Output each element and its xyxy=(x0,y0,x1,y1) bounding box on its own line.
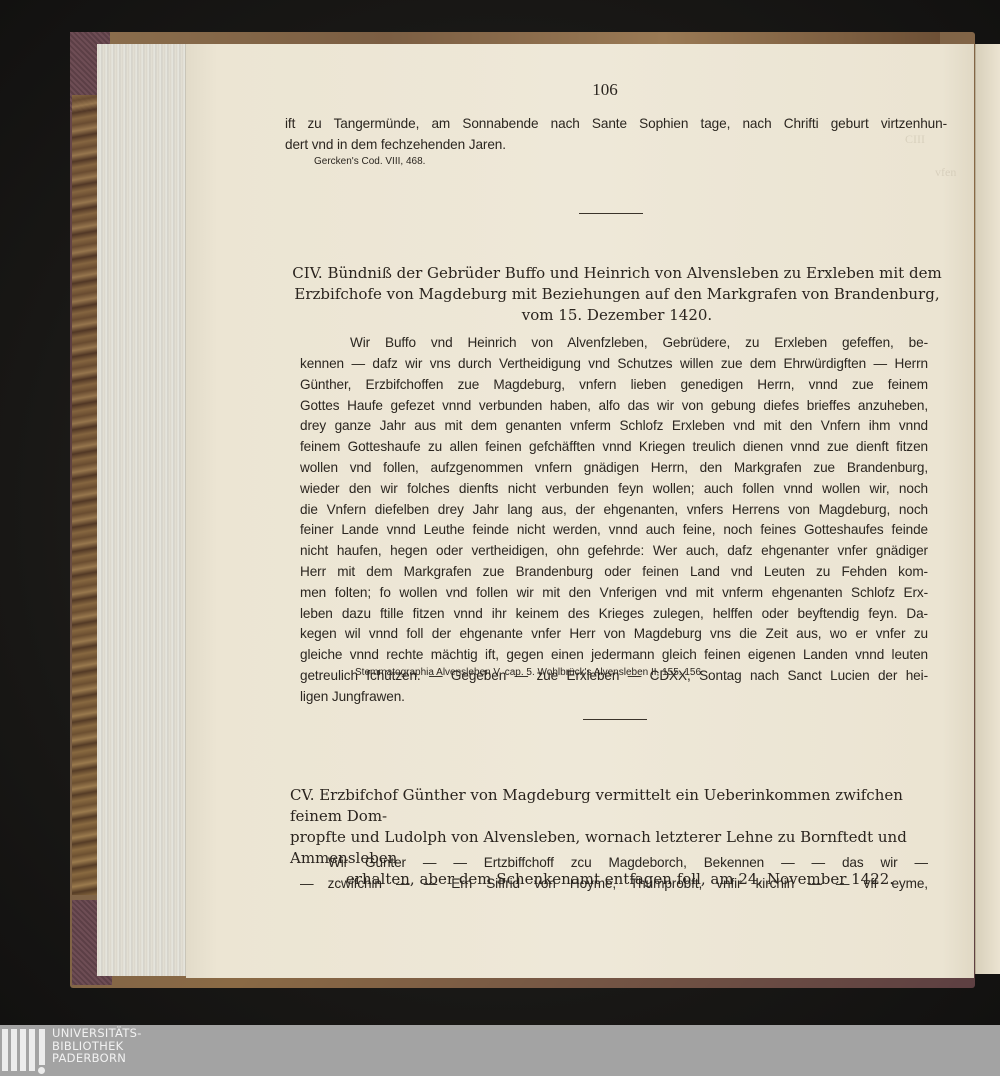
document-body-civ: kennen — dafz wir vns durch Vertheidigun… xyxy=(300,354,928,708)
text-line: dert vnd in dem fechzehenden Jaren. xyxy=(285,135,947,156)
document-heading-civ: CIV. Bündniß der Gebrüder Buffo und Hein… xyxy=(286,263,948,326)
page-edges xyxy=(97,44,186,976)
text-line: wieder den wir folches dienfts nicht ver… xyxy=(300,479,928,500)
logo-line: UNIVERSITÄTS- xyxy=(52,1027,142,1040)
text-line: drey ganze Jahr aus mit dem genanten vnf… xyxy=(300,416,928,437)
text-line: leben dazu ftille fitzen vnnd ihr keinem… xyxy=(300,604,928,625)
library-logo-dot xyxy=(38,1067,45,1074)
heading-line: CV. Erzbifchof Günther von Magdeburg ver… xyxy=(290,785,950,827)
text-line: men folten; fo wollen vnd follen wir mit… xyxy=(300,583,928,604)
source-citation: Stemmatographia Alvensleben V, cap. 5. W… xyxy=(355,667,704,678)
text-line: ligen Jungfrawen. xyxy=(300,687,928,708)
text-line: Wir Gunter — — Ertzbiffchoff zcu Magdebo… xyxy=(300,853,928,874)
text-line: Gottes Haufe gefezet vnnd verbunden habe… xyxy=(300,396,928,417)
logo-line: PADERBORN xyxy=(52,1052,142,1065)
section-divider xyxy=(579,213,643,214)
text-line: ift zu Tangermünde, am Sonnabende nach S… xyxy=(285,114,947,135)
section-divider xyxy=(583,719,647,720)
heading-line: Erzbifchofe von Magdeburg mit Beziehunge… xyxy=(286,284,948,305)
facing-page-edge xyxy=(975,44,1000,974)
text-line: wollen vnd follen, aufzgenommen vnfern g… xyxy=(300,458,928,479)
prev-document-text: ift zu Tangermünde, am Sonnabende nach S… xyxy=(285,114,947,156)
source-citation: Gercken's Cod. VIII, 468. xyxy=(314,156,425,167)
text-line: feiner Lande vnnd Leuthe feinde nicht we… xyxy=(300,520,928,541)
page-number: 106 xyxy=(560,80,650,100)
text-line: kennen — dafz wir vns durch Vertheidigun… xyxy=(300,354,928,375)
document-body-cv: Wir Gunter — — Ertzbiffchoff zcu Magdebo… xyxy=(300,853,928,895)
heading-line: CIV. Bündniß der Gebrüder Buffo und Hein… xyxy=(286,263,948,284)
text-line: Wir Buffo vnd Heinrich von Alvenfzleben,… xyxy=(300,333,928,354)
text-line: die Vnfern diefelben drey Jahr lang aus,… xyxy=(300,500,928,521)
text-line: — zcwifchin — — Ern Siffrid von Hoyme, T… xyxy=(300,874,928,895)
bleed-through: vfen xyxy=(935,165,956,180)
document-body-civ-first: Wir Buffo vnd Heinrich von Alvenfzleben,… xyxy=(300,333,928,354)
text-line: nicht haufen, hegen oder vertheidigen, o… xyxy=(300,541,928,562)
library-banner xyxy=(0,1025,1000,1076)
text-line: gleiche vnnd rechte mächtig ift, gegen e… xyxy=(300,645,928,666)
text-line: Günther, Erzbifchoffen zue Magdeburg, vn… xyxy=(300,375,928,396)
library-logo-text: UNIVERSITÄTS- BIBLIOTHEK PADERBORN xyxy=(52,1027,142,1065)
heading-line: vom 15. Dezember 1420. xyxy=(286,305,948,326)
text-line: kegen wil vnnd foll der ehgenante vnfer … xyxy=(300,624,928,645)
text-line: feinem Gotteshaufe zu allen feinen gefch… xyxy=(300,437,928,458)
text-line: Herr mit dem Markgrafen zue Brandenburg … xyxy=(300,562,928,583)
book-cover-edge xyxy=(110,32,940,44)
